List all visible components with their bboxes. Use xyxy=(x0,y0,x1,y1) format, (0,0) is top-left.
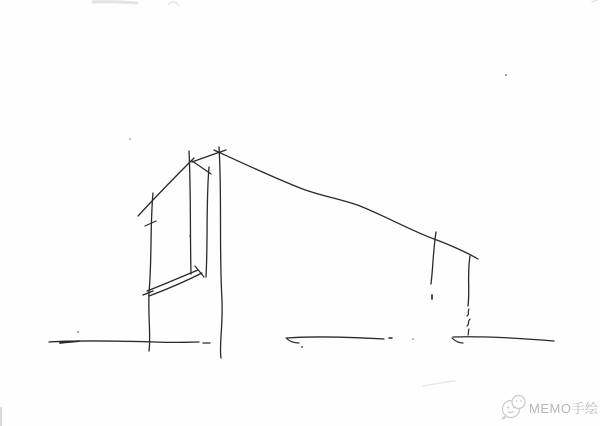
top-right-corner-mark xyxy=(592,0,597,2)
roof-line xyxy=(214,150,478,259)
ink-speck xyxy=(129,138,130,139)
back-top-edge xyxy=(192,150,226,162)
top-edge-smudge-1 xyxy=(93,2,137,3)
front-left-vertical xyxy=(149,193,153,351)
top-edge-smudge-2 xyxy=(169,2,178,5)
ground-line-middle xyxy=(287,337,384,339)
bottom-right-smudge xyxy=(423,381,455,386)
right-post-far xyxy=(468,256,470,306)
bottom-edge-lower xyxy=(149,273,202,296)
back-corner-vertical xyxy=(219,147,222,358)
watermark-text: MEMO手绘 xyxy=(529,398,598,417)
ground-right-hook xyxy=(452,338,463,343)
right-post-near xyxy=(431,232,436,284)
right-post-far-dash-3 xyxy=(468,329,469,335)
ground-line-right xyxy=(453,337,554,341)
bottom-edge-upper xyxy=(147,270,198,291)
right-post-far-dash-2 xyxy=(467,319,470,326)
ink-speck xyxy=(505,74,507,76)
front-right-vertical xyxy=(189,151,191,274)
sketch-canvas xyxy=(0,0,600,426)
ink-speck xyxy=(301,346,303,348)
front-top-edge xyxy=(138,158,194,216)
ink-speck xyxy=(189,235,191,237)
sketch-paper: MEMO手绘 xyxy=(0,0,600,426)
side-vertical xyxy=(206,167,209,277)
front-left-tick xyxy=(145,221,156,226)
watermark: MEMO手绘 xyxy=(497,393,598,421)
ground-middle-hook xyxy=(286,338,299,343)
ink-speck xyxy=(77,331,78,332)
ink-speck xyxy=(412,338,413,339)
right-post-far-dash-1 xyxy=(467,309,469,316)
memo-smiley-logo-icon xyxy=(497,393,527,421)
